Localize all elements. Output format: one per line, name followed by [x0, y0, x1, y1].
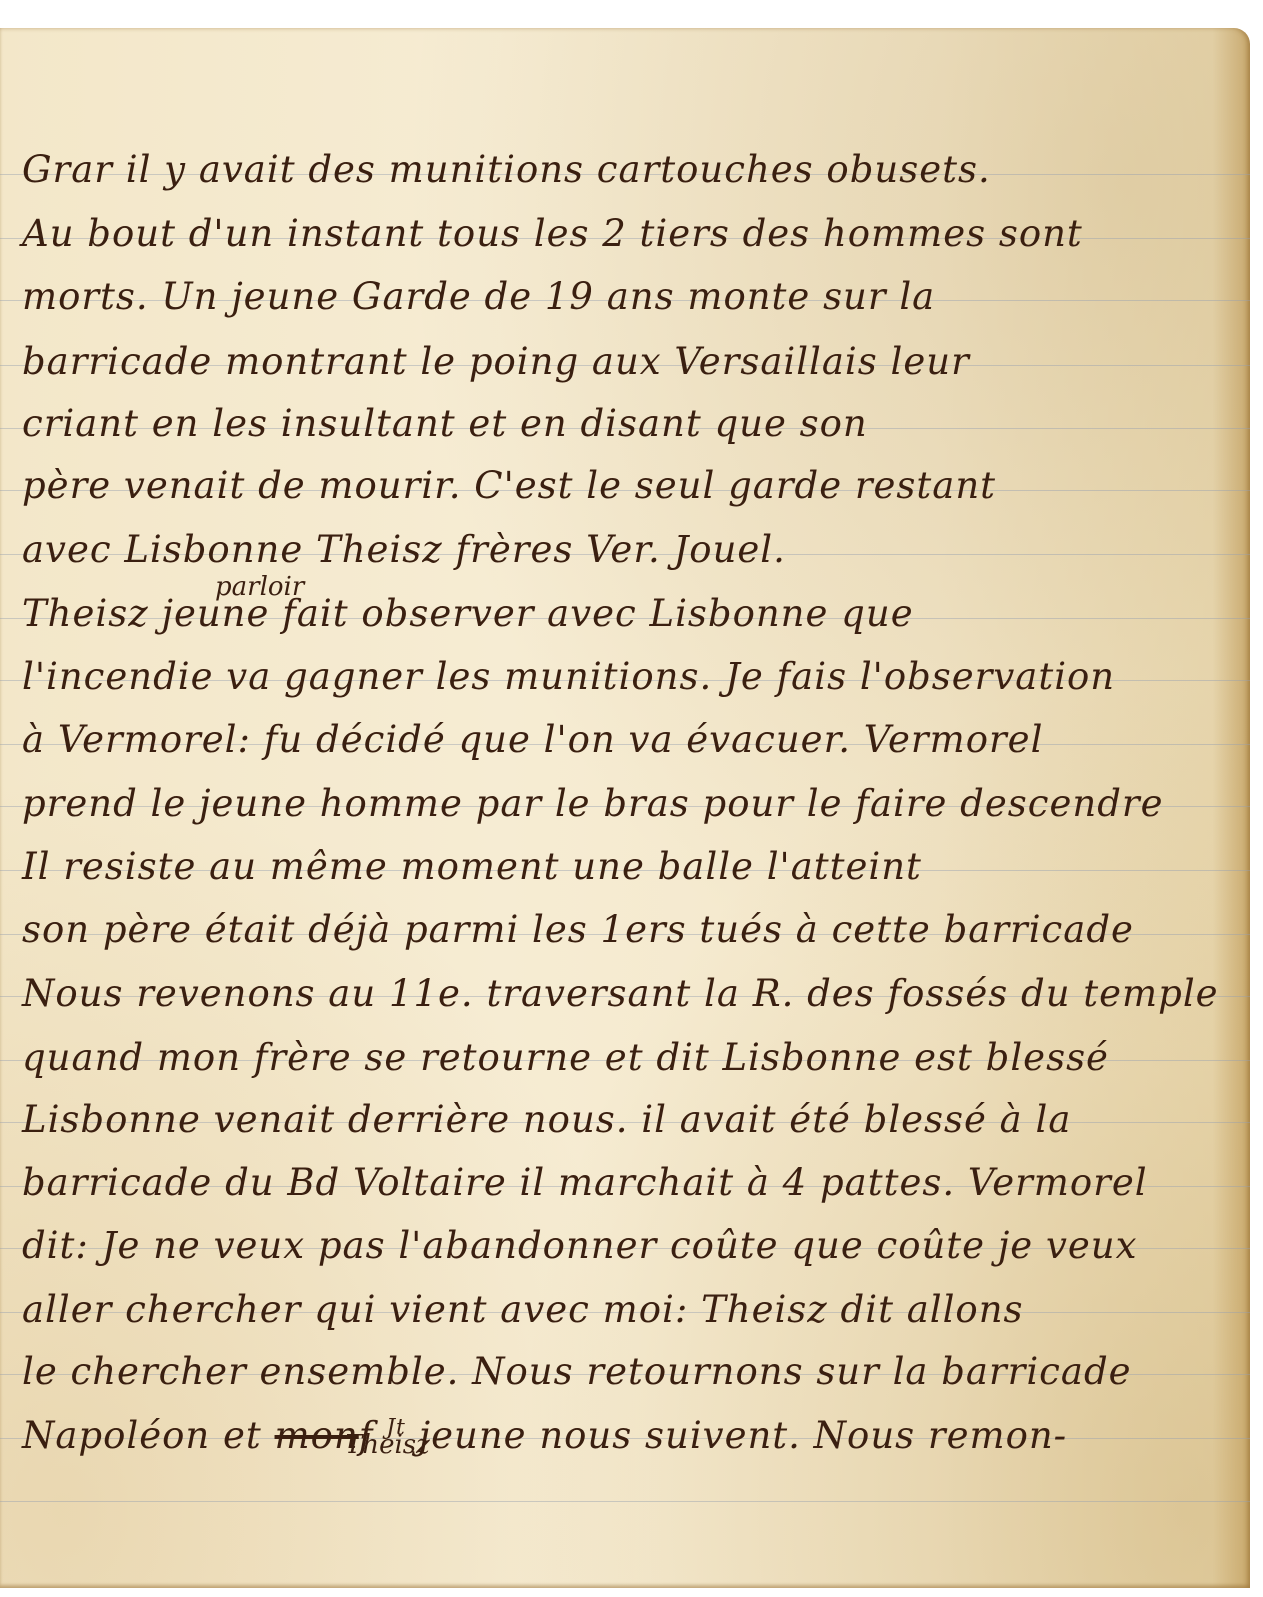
line-fragment: f [359, 1414, 374, 1457]
manuscript-line-18: dit: Je ne veux pas l'abandonner coûte q… [22, 1224, 1232, 1267]
manuscript-line-3: morts. Un jeune Garde de 19 ans monte su… [22, 275, 1232, 318]
manuscript-line-8: Theisz jeune fait observer avec Lisbonne… [22, 592, 1232, 635]
manuscript-line-9: l'incendie va gagner les munitions. Je f… [22, 655, 1232, 698]
ruled-line [0, 1501, 1250, 1502]
manuscript-line-13: son père était déjà parmi les 1ers tués … [22, 908, 1232, 951]
manuscript-line-5: criant en les insultant et en disant que… [22, 402, 1232, 445]
manuscript-line-14: Nous revenons au 11e. traversant la R. d… [22, 972, 1232, 1015]
manuscript-line-2: Au bout d'un instant tous les 2 tiers de… [22, 212, 1232, 255]
manuscript-line-21: Napoléon et monf Jt jeune nous suivent. … [22, 1414, 1232, 1457]
manuscript-line-4: barricade montrant le poing aux Versaill… [22, 340, 1232, 383]
manuscript-line-7: avec Lisbonne Theisz frères Ver. Jouel. [22, 528, 1232, 571]
manuscript-line-6: père venait de mourir. C'est le seul gar… [22, 464, 1232, 507]
superscript-fragment: Jt [386, 1416, 406, 1441]
line-suffix: jeune nous suivent. Nous remon- [419, 1414, 1068, 1457]
struck-word: mon [275, 1414, 359, 1457]
manuscript-line-10: à Vermorel: fu décidé que l'on va évacue… [22, 718, 1232, 761]
manuscript-line-12: Il resiste au même moment une balle l'at… [22, 845, 1232, 888]
line-prefix: Napoléon et [22, 1414, 262, 1457]
manuscript-line-15: quand mon frère se retourne et dit Lisbo… [22, 1036, 1232, 1079]
manuscript-line-16: Lisbonne venait derrière nous. il avait … [22, 1098, 1232, 1141]
manuscript-line-19: aller chercher qui vient avec moi: Theis… [22, 1288, 1232, 1331]
manuscript-line-20: le chercher ensemble. Nous retournons su… [22, 1350, 1232, 1393]
manuscript-line-1: Grar il y avait des munitions cartouches… [22, 148, 1232, 191]
manuscript-line-11: prend le jeune homme par le bras pour le… [22, 782, 1232, 825]
manuscript-line-17: barricade du Bd Voltaire il marchait à 4… [22, 1161, 1232, 1204]
